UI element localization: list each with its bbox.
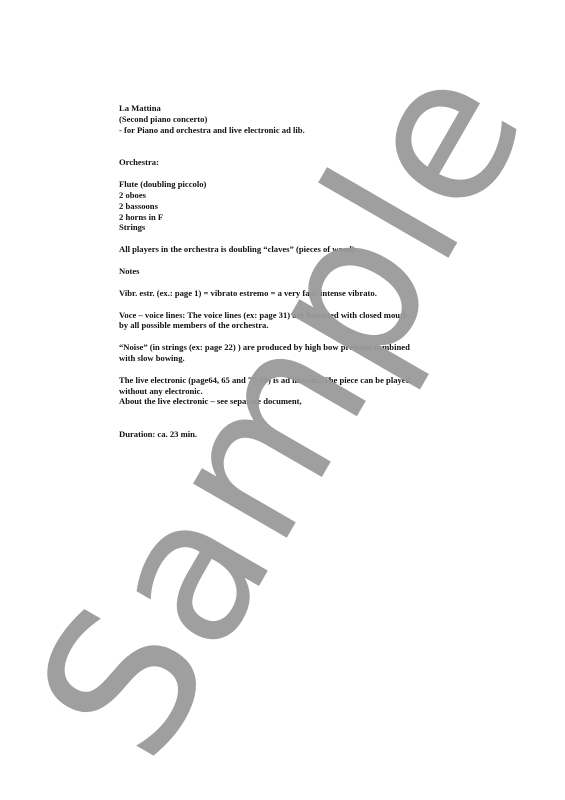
document-page: La Mattina (Second piano concerto) - for… — [0, 0, 565, 800]
